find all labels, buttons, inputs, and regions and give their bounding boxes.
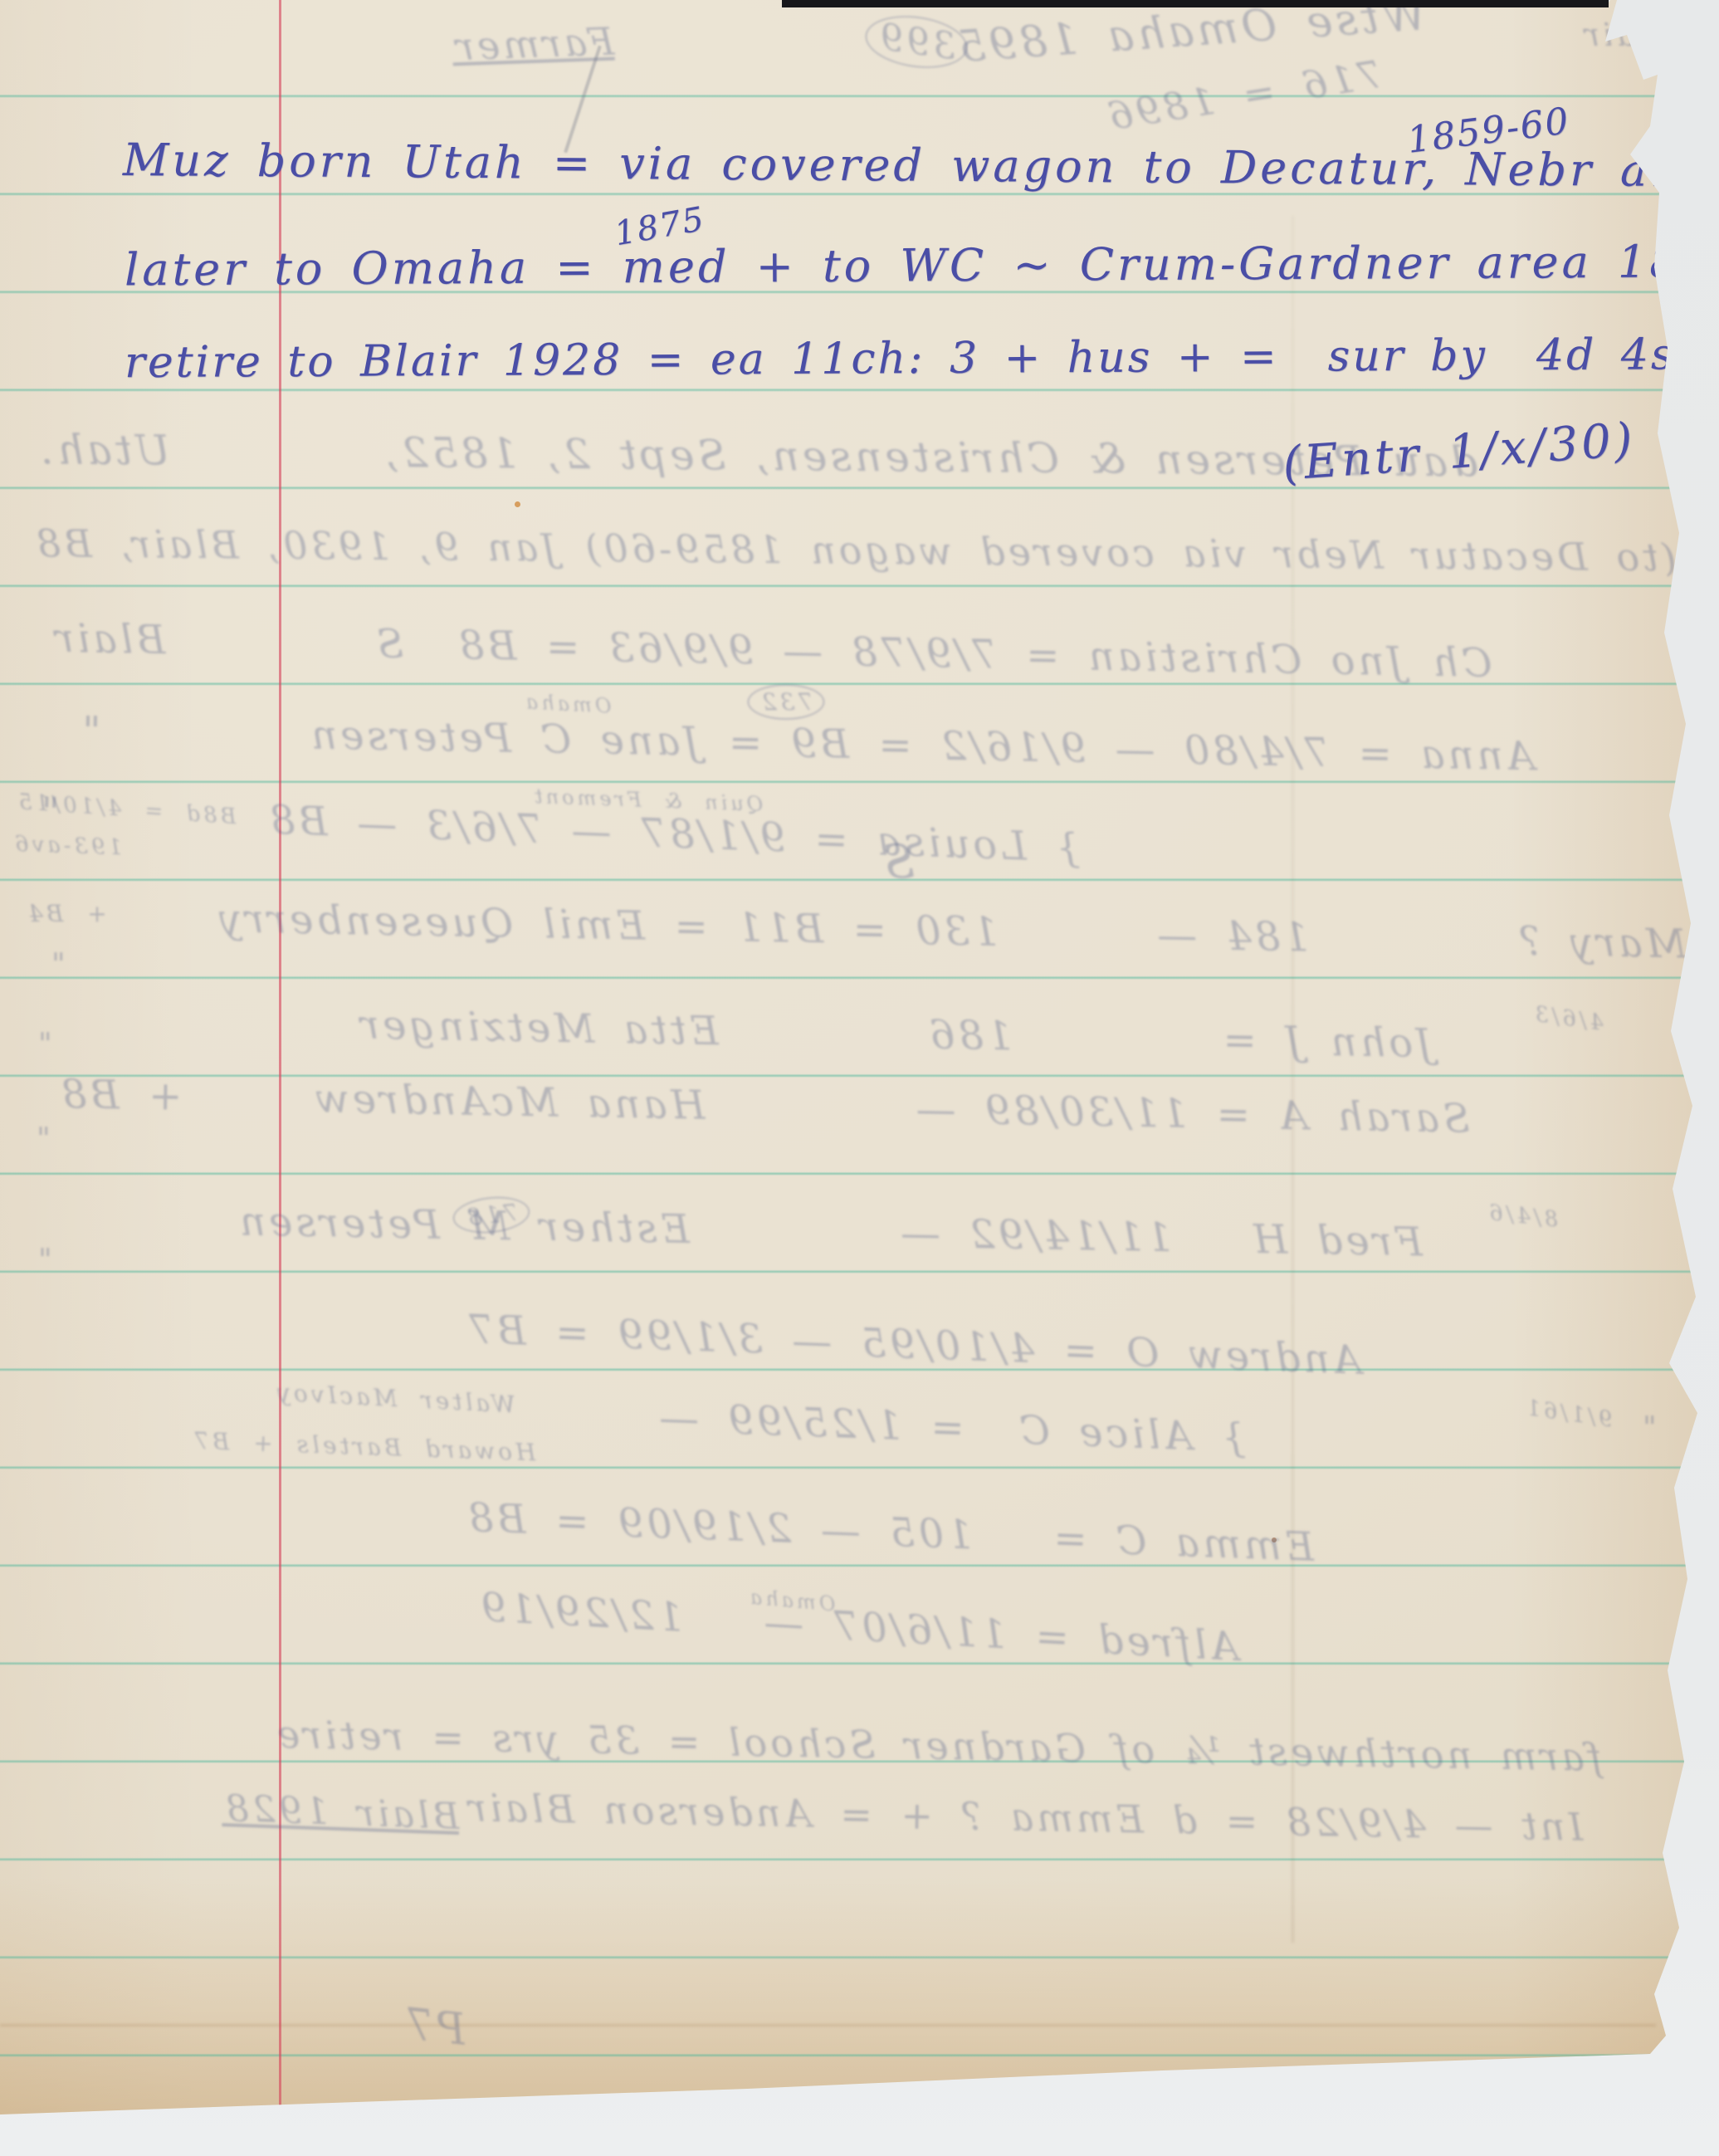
scanner-edge-strip — [782, 0, 1609, 7]
bleedthrough-farmer: Farmer — [452, 19, 615, 70]
bleedthrough-ditto-mark: " — [1639, 1411, 1657, 1445]
bleedthrough-ditto-mark: " — [35, 1244, 52, 1278]
bleedthrough-margin-note: 193-av6 — [12, 832, 123, 861]
bleedthrough-circle-732: 732 — [747, 684, 824, 720]
bleedthrough-page-mark: P7 — [400, 1999, 468, 2056]
bleedthrough-blair-1928: Blair 1928 — [222, 1787, 460, 1838]
bleedthrough-ditto-mark: " — [35, 1028, 52, 1062]
bleedthrough-omaha-small-1: Omaha — [522, 690, 612, 718]
handwriting-line-2: later to Omaha = med + to WC ~ Crum-Gard… — [125, 235, 1719, 296]
handwriting-line-3: retire to Blair 1928 = ea 11ch: 3 + hus … — [125, 330, 1719, 388]
bleedthrough-ditto-mark: " — [33, 1122, 51, 1156]
scanned-notebook-page: { "ink": { "line1": "Muz born Utah = via… — [0, 0, 1719, 2156]
paper-speck-1 — [515, 501, 520, 507]
horizontal-crease — [0, 2024, 1656, 2026]
bleedthrough-s-mark: S — [880, 835, 915, 889]
paper-sheet: Farmer Wtse Omaha 1895 399 716 = 1896 Bl… — [0, 0, 1719, 2156]
bleedthrough-ditto-mark: " — [48, 948, 66, 982]
bleedthrough-margin-note: + B4 — [25, 900, 107, 927]
bleedthrough-blair-top: Blair — [1581, 17, 1675, 53]
